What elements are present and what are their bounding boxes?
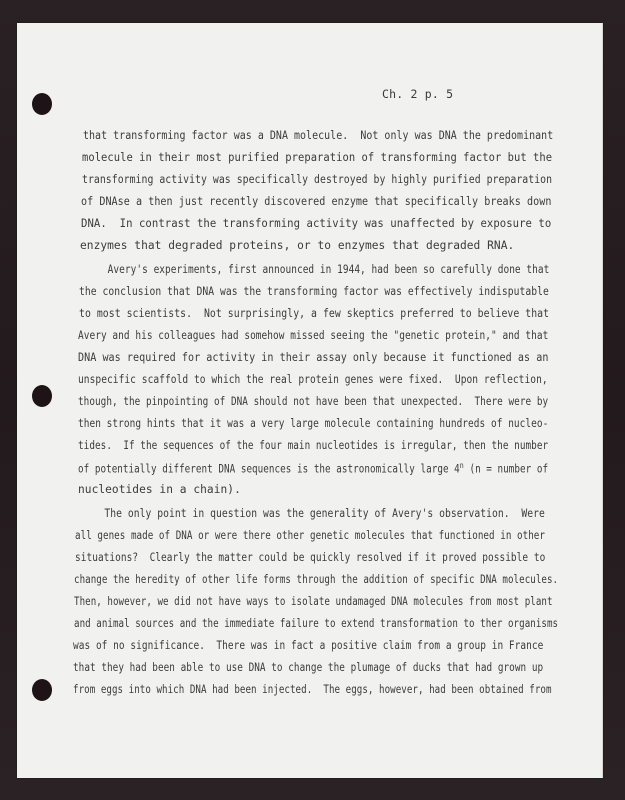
text-line: from eggs into which DNA had been inject… (73, 683, 552, 696)
text-segment: of potentially different DNA sequences i… (78, 463, 460, 476)
text-line: to most scientists. Not surprisingly, a … (79, 307, 549, 320)
punch-hole-middle (32, 385, 52, 407)
text-line: Then, however, we did not have ways to i… (74, 595, 553, 608)
text-line: enzymes that degraded proteins, or to en… (80, 239, 514, 252)
text-line-with-exponent: of potentially different DNA sequences i… (78, 461, 548, 476)
text-line: then strong hints that it was a very lar… (78, 417, 548, 430)
text-line: of DNAse a then just recently discovered… (81, 195, 551, 208)
text-segment: (n = number of (464, 463, 548, 476)
text-line: was of no significance. There was in fac… (73, 639, 543, 652)
text-line: Avery and his colleagues had somehow mis… (78, 329, 548, 342)
text-line: The only point in question was the gener… (75, 507, 545, 520)
text-line: all genes made of DNA or were there othe… (75, 529, 545, 542)
text-line: Avery's experiments, first announced in … (79, 263, 549, 276)
text-line: tides. If the sequences of the four main… (78, 439, 548, 452)
text-line: and animal sources and the immediate fai… (74, 617, 558, 630)
text-line: the conclusion that DNA was the transfor… (79, 285, 549, 298)
text-line: situations? Clearly the matter could be … (75, 551, 545, 564)
text-line: change the heredity of other life forms … (74, 573, 558, 586)
page-edge (602, 23, 603, 778)
punch-hole-top (32, 93, 52, 115)
text-line: nucleotides in a chain). (78, 483, 241, 496)
punch-hole-bottom (32, 679, 52, 701)
page-header: Ch. 2 p. 5 (382, 87, 453, 101)
text-line: molecule in their most purified preparat… (82, 151, 552, 164)
text-line: that transforming factor was a DNA molec… (83, 129, 553, 142)
typewritten-page: Ch. 2 p. 5 that transforming factor was … (17, 23, 603, 778)
text-line: DNA. In contrast the transforming activi… (81, 217, 551, 230)
text-line: transforming activity was specifically d… (82, 173, 552, 186)
text-line: unspecific scaffold to which the real pr… (78, 373, 548, 386)
text-line: that they had been able to use DNA to ch… (73, 661, 543, 674)
text-line: DNA was required for activity in their a… (78, 351, 548, 364)
text-line: though, the pinpointing of DNA should no… (78, 395, 548, 408)
